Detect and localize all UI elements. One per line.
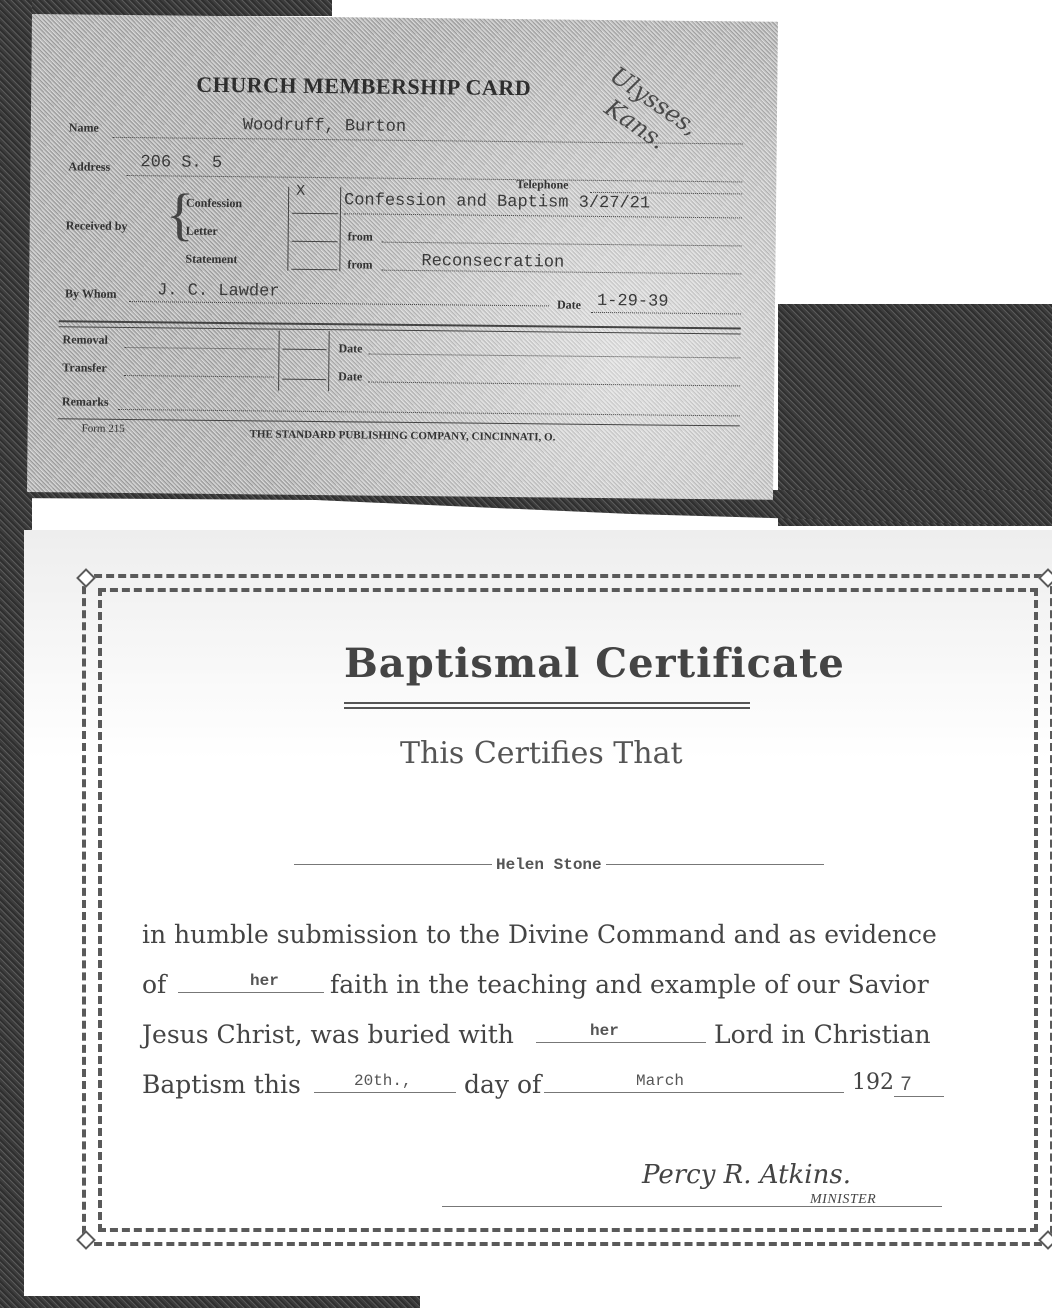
transfer-label: Transfer: [62, 360, 107, 375]
title-underline-2: [344, 707, 750, 709]
date-value: 1-29-39: [597, 292, 669, 312]
date-label: Date: [557, 298, 581, 313]
removal-date-line: [368, 354, 740, 359]
transfer-dots: [124, 375, 274, 378]
removal-date-label: Date: [338, 341, 362, 356]
by-whom-label: By Whom: [65, 286, 117, 302]
minister-signature: Percy R. Atkins.: [642, 1160, 851, 1190]
body-line-3-prefix: Jesus Christ, was buried with: [142, 1020, 514, 1049]
removal-label: Removal: [63, 332, 108, 347]
letter-from-line: [382, 242, 742, 247]
by-whom-line: [129, 301, 549, 306]
recipient-name: Helen Stone: [492, 856, 606, 874]
date-line: [591, 312, 741, 315]
letter-from-label: from: [348, 229, 373, 244]
card-title: CHURCH MEMBERSHIP CARD: [196, 72, 531, 102]
removal-column-left: [278, 331, 280, 391]
pronoun-2: her: [590, 1022, 619, 1040]
name-label: Name: [69, 120, 99, 135]
title-underline-1: [344, 702, 750, 704]
remarks-label: Remarks: [62, 394, 109, 409]
publisher-imprint: THE STANDARD PUBLISHING COMPANY, CINCINN…: [250, 428, 556, 443]
check-line-3: [291, 269, 337, 270]
transfer-date-line: [368, 382, 740, 387]
address-value: 206 S. 5: [140, 153, 222, 173]
by-whom-value: J. C. Lawder: [157, 281, 280, 301]
name-value: Woodruff, Burton: [243, 116, 406, 137]
transfer-check-line: [282, 379, 326, 380]
body-line-1: in humble submission to the Divine Comma…: [142, 920, 937, 949]
certificate-title: Baptismal Certificate: [344, 640, 845, 687]
handwritten-location: Ulysses, Kans.: [587, 60, 704, 166]
body-line-4-mid: day of: [464, 1070, 541, 1099]
confession-detail-line: [344, 213, 742, 218]
year-prefix: 192: [852, 1070, 894, 1095]
confession-check-mark: X: [296, 183, 305, 200]
year-line: [894, 1096, 944, 1097]
checkbox-column-left: [287, 187, 289, 271]
received-option-statement: Statement: [185, 252, 237, 268]
removal-check-line: [282, 349, 326, 350]
form-number: Form 215: [82, 423, 125, 435]
check-line-2: [292, 241, 338, 242]
received-by-label: Received by: [66, 218, 128, 234]
dark-background-bottom: [0, 1296, 420, 1308]
pronoun-line-1: [178, 992, 324, 993]
month-line: [544, 1092, 844, 1093]
membership-card: CHURCH MEMBERSHIP CARD Ulysses, Kans. Na…: [27, 14, 778, 500]
certificate-subtitle: This Certifies That: [400, 736, 683, 771]
pronoun-line-2: [536, 1042, 706, 1043]
statement-from-label: from: [347, 257, 372, 272]
address-line: [126, 175, 742, 182]
checkbox-column-right: [339, 187, 341, 271]
received-option-confession: Confession: [186, 196, 242, 212]
removal-column-right: [328, 331, 330, 391]
transfer-date-label: Date: [338, 369, 362, 384]
footer-rule: [58, 418, 740, 426]
day-line: [314, 1092, 456, 1093]
body-line-3-suffix: Lord in Christian: [714, 1020, 931, 1049]
baptism-day: 20th.,: [354, 1072, 412, 1090]
year-suffix: 7: [900, 1074, 912, 1097]
telephone-label: Telephone: [516, 177, 568, 193]
body-line-2-suffix: faith in the teaching and example of our…: [330, 970, 929, 999]
body-line-4-prefix: Baptism this: [142, 1070, 301, 1099]
address-label: Address: [68, 159, 110, 174]
removal-dots: [125, 347, 275, 350]
minister-title: MINISTER: [810, 1192, 876, 1208]
received-option-letter: Letter: [186, 224, 218, 239]
remarks-line: [118, 409, 740, 417]
confession-detail-value: Confession and Baptism 3/27/21: [344, 191, 650, 213]
pronoun-1: her: [250, 972, 279, 990]
baptism-month: March: [636, 1072, 684, 1090]
baptismal-certificate: Baptismal Certificate This Certifies Tha…: [24, 530, 1052, 1296]
dark-background-left-strip: [0, 520, 24, 1308]
check-line-1: [292, 213, 338, 214]
body-line-2-prefix: of: [142, 970, 166, 999]
